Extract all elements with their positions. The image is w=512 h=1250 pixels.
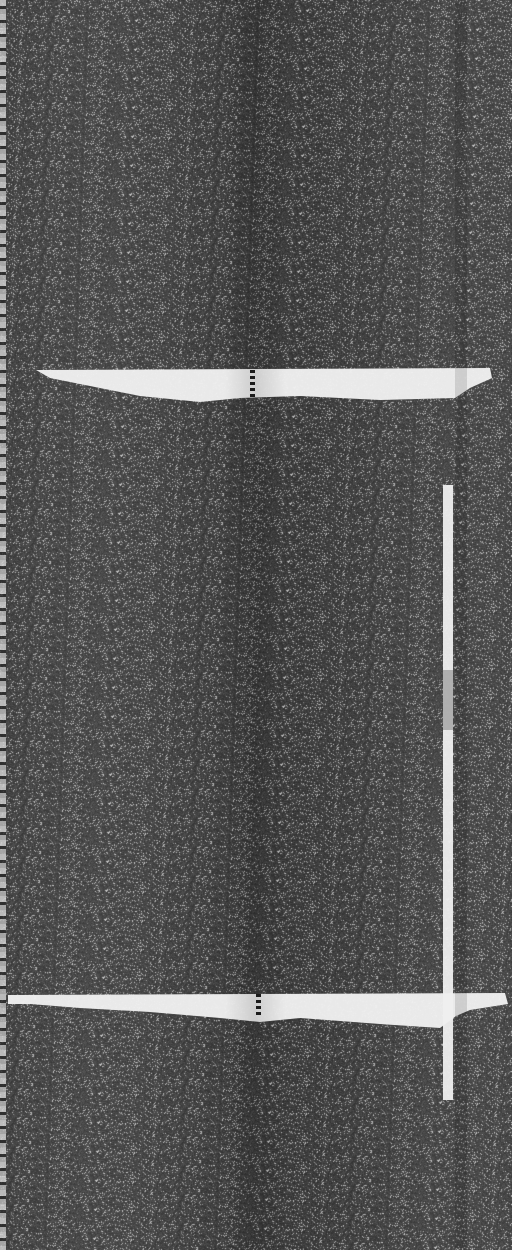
lane-markings [0, 0, 512, 1250]
lower-stop-bar [8, 993, 508, 1028]
upper-stop-bar [36, 368, 492, 402]
right-lane-line [443, 485, 453, 1100]
road-surface-image [0, 0, 512, 1250]
worn-paint-section [443, 670, 453, 730]
